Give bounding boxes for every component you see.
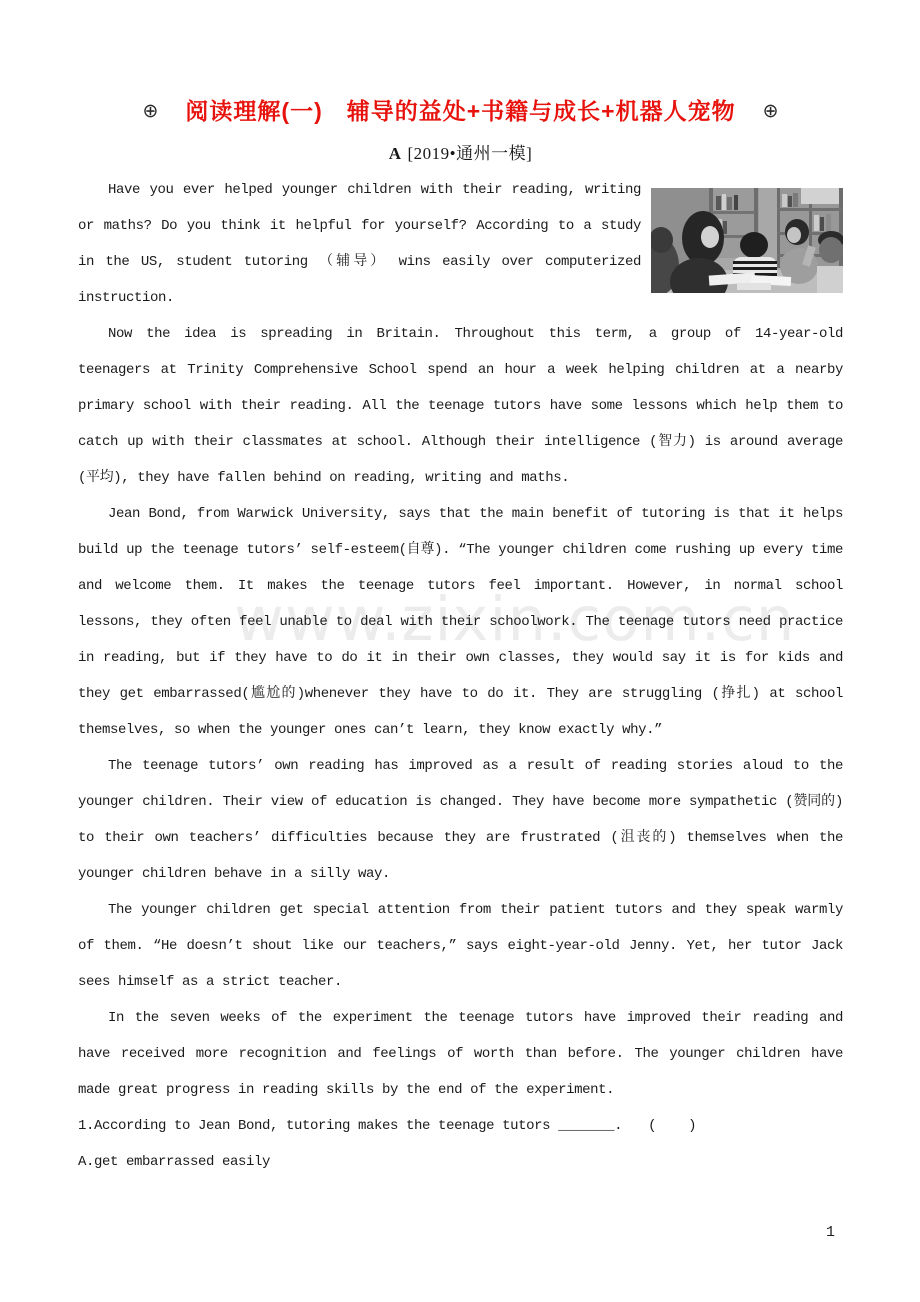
paragraph: Now the idea is spreading in Britain. Th… xyxy=(78,316,843,496)
paragraph: Have you ever helped younger children wi… xyxy=(78,172,843,316)
paragraph-text: The teenage tutors’ own reading has impr… xyxy=(78,758,843,882)
paragraph-text: Jean Bond, from Warwick University, says… xyxy=(78,506,843,738)
tutoring-photo xyxy=(651,188,843,293)
question-1: 1.According to Jean Bond, tutoring makes… xyxy=(78,1108,843,1144)
answer-bracket: ( ) xyxy=(648,1118,696,1134)
paragraph-text: Now the idea is spreading in Britain. Th… xyxy=(78,326,843,486)
section-heading: A[2019•通州一模] xyxy=(78,139,843,164)
paragraph: The younger children get special attenti… xyxy=(78,892,843,1000)
page-number: 1 xyxy=(826,1224,835,1241)
section-source: [2019•通州一模] xyxy=(408,144,533,163)
paragraph: Jean Bond, from Warwick University, says… xyxy=(78,496,843,748)
title-row: ⊕ 阅读理解(一) 辅导的益处+书籍与成长+机器人宠物 ⊕ xyxy=(78,98,843,126)
question-1-option-a: A.get embarrassed easily xyxy=(78,1144,843,1180)
circled-plus-icon: ⊕ xyxy=(763,102,779,121)
page-content: ⊕ 阅读理解(一) 辅导的益处+书籍与成长+机器人宠物 ⊕ A[2019•通州一… xyxy=(78,98,843,1180)
paragraph-text: In the seven weeks of the experiment the… xyxy=(78,1010,843,1098)
paragraph: In the seven weeks of the experiment the… xyxy=(78,1000,843,1108)
page-title: 阅读理解(一) 辅导的益处+书籍与成长+机器人宠物 xyxy=(185,98,735,126)
paragraph-text: Have you ever helped younger children wi… xyxy=(78,182,641,306)
circled-plus-icon: ⊕ xyxy=(142,102,158,121)
question-stem: 1.According to Jean Bond, tutoring makes… xyxy=(78,1118,622,1134)
paragraph: The teenage tutors’ own reading has impr… xyxy=(78,748,843,892)
paragraph-text: The younger children get special attenti… xyxy=(78,902,843,990)
option-text: A.get embarrassed easily xyxy=(78,1154,270,1170)
tutoring-photo-illustration xyxy=(651,188,843,293)
reading-passage: Have you ever helped younger children wi… xyxy=(78,172,843,1180)
section-label: A xyxy=(389,144,402,163)
